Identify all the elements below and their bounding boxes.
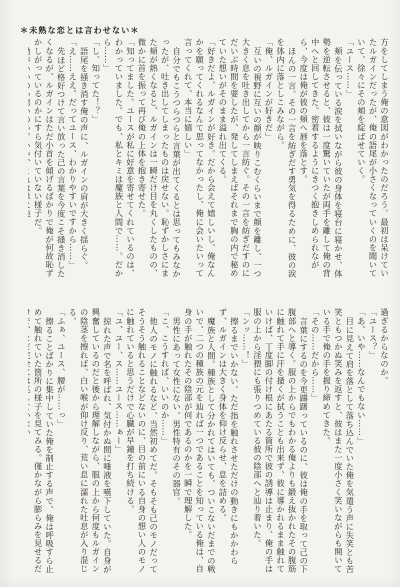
paragraph: 掠れた声で名を呼ばれ、気付かぬ間に唾液を嚥下していた。自身が興奮しているのだと後… bbox=[67, 308, 113, 576]
paragraph: 方をしてしまう俺の意図がわかったのだろう。最初は呆けていたルガインだったが、俺の… bbox=[355, 38, 390, 285]
paragraph: 「その……だから……」 bbox=[309, 308, 321, 576]
paragraph: 「し、知ってた！？」 bbox=[90, 38, 102, 285]
paragraph: 「あ、いや……なんでもない……」 bbox=[355, 308, 367, 576]
paragraph: 目に見えて肩を落として落ち込んでいた俺を気遣う声に失笑とも苦笑ともつかぬ笑みを返… bbox=[321, 308, 356, 576]
paragraph: 言葉にするのを今更躊躇っているのに、彼は俺の手を取って己の下腹部へと導く。服の上… bbox=[251, 308, 309, 576]
paragraph: 「こ、こうすれば、いいのか……」 bbox=[159, 308, 171, 576]
paragraph: 互いの視野に互いの顔が映りこむくらいまで顔を離し、一つ大きく息を吐き出してから一… bbox=[217, 38, 263, 285]
paragraph: 擦るまでいかない、ただ指を触れさせただけの動きにもかかわらず、ルガインは大きく身… bbox=[217, 308, 240, 576]
paragraph: 「え……ええ。だってユース、わかりやすいですから……」 bbox=[67, 38, 79, 285]
paragraph: 「ふぁ、ユース、腰が……っ」 bbox=[55, 308, 67, 576]
paragraph: 「知ってました。ユースが私に好意を寄せてくれているのは、わかっていました。でも、… bbox=[101, 38, 136, 285]
paragraph: 「俺、ルガインが好きだ」 bbox=[263, 38, 275, 285]
paragraph: 勘がいいのか悪いのか。いや、これは単に鈍 bbox=[28, 38, 32, 285]
paragraph: 「好きだよ、ルガインが好き。だから会えて嬉しいし、俺なんかを願ってくれるなんて思… bbox=[182, 38, 217, 285]
paragraph: 自分でもこうつらつらと言葉が出てくるとは思ってもみなかったが、吐き出してしまった… bbox=[136, 38, 182, 285]
paragraph: 「ユース？」 bbox=[367, 308, 379, 576]
bottom-text-block: 過ぎるからなのか。「ユース？」「あ、いや……なんでもない……」目に見えて肩を落と… bbox=[28, 308, 390, 576]
top-text-block: 方をしてしまう俺の意図がわかったのだろう。最初は呆けていたルガインだったが、俺の… bbox=[28, 38, 390, 285]
paragraph: 過ぎるからなのか。 bbox=[378, 308, 390, 576]
paragraph: ほんの一言。その一言を紡ぎだす勇気を得るために、彼の涙を体内に落としこみながら。 bbox=[275, 38, 298, 285]
paragraph: 男性にあって女性にない、男性特有のその器官。 bbox=[171, 308, 183, 576]
paragraph: 「ンッ……！」 bbox=[240, 308, 252, 576]
paragraph: 魔族と人間。種族として分かれてはいても、ついこないだまでの戦いで、二つの種族の元… bbox=[182, 308, 217, 576]
running-header: ＊未熟な恋とは言わせない＊ bbox=[20, 25, 140, 36]
paragraph: 擦ることばかりに集中していた俺を制止する声で、俺は呼吸すら止めて触れていた箇所の… bbox=[28, 308, 55, 576]
paragraph: 先ほど格好つけて言い放った己の言葉を今度こそ掻き消したくなるが、ルガインはただ小… bbox=[32, 38, 67, 285]
paragraph: 頬を伝っている涙を拭いながら彼の身体を寝台に寝かせ、体勢を逆転させると、彼は一度… bbox=[298, 38, 344, 285]
paragraph: 語尾を掻き消す俺の声に、ルガインの肩が大きく揺らぐ。 bbox=[78, 38, 90, 285]
paragraph: 他人のモノに触れるなど、当然初めてだ。そもそも己のモノだってそうそう触れることな… bbox=[124, 308, 159, 576]
paragraph: 「ユース……」 bbox=[344, 38, 356, 285]
novel-page: ＊未熟な恋とは言わせない＊ 方をしてしまう俺の意図がわかったのだろう。最初は呆け… bbox=[0, 0, 400, 587]
paragraph: 「ユ、ユー、ス……ユース……ぁー」 bbox=[113, 308, 125, 576]
